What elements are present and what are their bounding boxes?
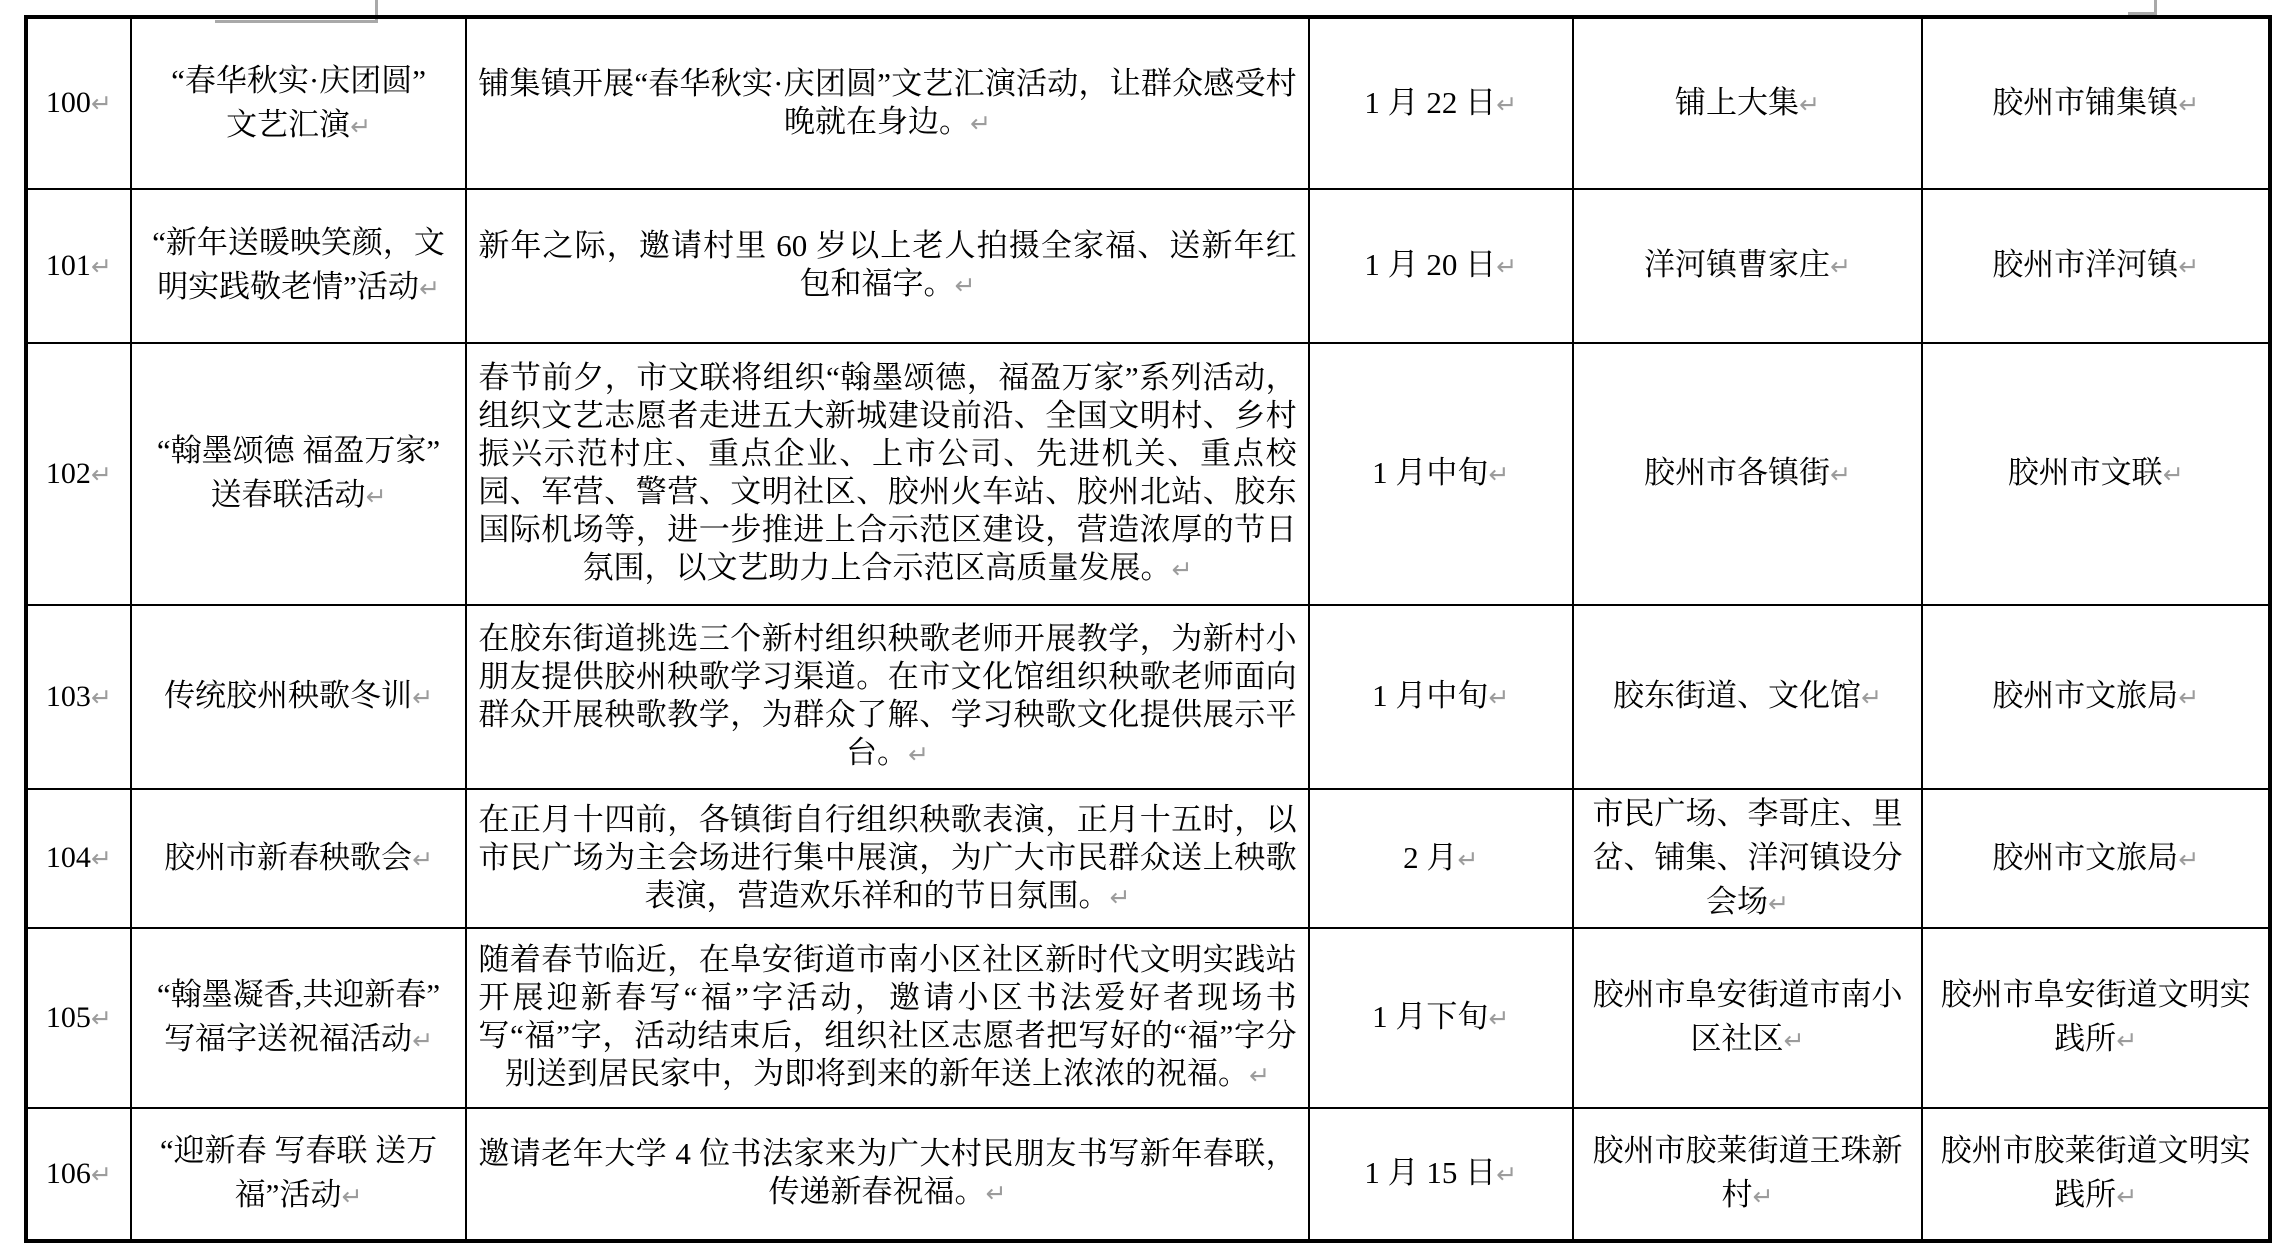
paragraph-return-mark: ↵: [1753, 1182, 1774, 1211]
row-number-cell: 101↵: [26, 189, 131, 343]
activity-date-cell: 2 月↵: [1309, 789, 1573, 928]
activity-date-cell-text: 1 月中旬: [1372, 455, 1488, 490]
activity-location-cell: 胶州市胶莱街道王珠新村↵: [1573, 1108, 1923, 1241]
activity-organizer-cell: 胶州市文联↵: [1922, 343, 2270, 605]
paragraph-return-mark: ↵: [1830, 252, 1851, 281]
row-number-cell: 100↵: [26, 17, 131, 189]
activity-location-cell: 胶东街道、文化馆↵: [1573, 605, 1923, 789]
paragraph-return-mark: ↵: [2116, 1182, 2137, 1211]
cutoff-return-mark-right: [2128, 0, 2157, 15]
paragraph-return-mark: ↵: [1768, 889, 1789, 918]
paragraph-return-mark: ↵: [970, 109, 991, 138]
activity-location-cell-text: 胶州市胶莱街道王珠新村: [1593, 1133, 1903, 1212]
row-number-cell-text: 100: [46, 86, 91, 119]
row-number-cell: 105↵: [26, 928, 131, 1108]
activity-organizer-cell: 胶州市阜安街道文明实践所↵: [1922, 928, 2270, 1108]
activity-name-cell-text: “新年送暖映笑颜，文 明实践敬老情”活动: [152, 225, 445, 304]
row-number-cell-text: 101: [46, 249, 91, 282]
table-row: 103↵传统胶州秧歌冬训↵在胶东街道挑选三个新村组织秧歌老师开展教学，为新村小朋…: [26, 605, 2270, 789]
table-row: 101↵“新年送暖映笑颜，文 明实践敬老情”活动↵新年之际，邀请村里 60 岁以…: [26, 189, 2270, 343]
activity-name-cell: 传统胶州秧歌冬训↵: [131, 605, 467, 789]
paragraph-return-mark: ↵: [412, 1026, 433, 1055]
paragraph-return-mark: ↵: [412, 845, 433, 874]
paragraph-return-mark: ↵: [2178, 90, 2199, 119]
activity-name-cell: “翰墨凝香,共迎新春” 写福字送祝福活动↵: [131, 928, 467, 1108]
table-row: 102↵“翰墨颂德 福盈万家” 送春联活动↵春节前夕，市文联将组织“翰墨颂德，福…: [26, 343, 2270, 605]
activity-name-cell: “新年送暖映笑颜，文 明实践敬老情”活动↵: [131, 189, 467, 343]
activity-location-cell-text: 洋河镇曹家庄: [1644, 247, 1830, 282]
paragraph-return-mark: ↵: [91, 460, 112, 489]
paragraph-return-mark: ↵: [91, 844, 112, 873]
activity-description-cell: 在胶东街道挑选三个新村组织秧歌老师开展教学，为新村小朋友提供胶州秧歌学习渠道。在…: [466, 605, 1308, 789]
activity-location-cell: 胶州市各镇街↵: [1573, 343, 1923, 605]
activity-name-cell: “春华秋实·庆团圆” 文艺汇演↵: [131, 17, 467, 189]
row-number-cell-text: 102: [46, 457, 91, 490]
activity-date-cell-text: 2 月: [1403, 840, 1457, 875]
activity-description-cell-text: 在胶东街道挑选三个新村组织秧歌老师开展教学，为新村小朋友提供胶州秧歌学习渠道。在…: [478, 621, 1296, 770]
activity-name-cell: “迎新春 写春联 送万 福”活动↵: [131, 1108, 467, 1241]
row-number-cell: 106↵: [26, 1108, 131, 1241]
activity-organizer-cell-text: 胶州市文旅局: [1992, 678, 2178, 713]
paragraph-return-mark: ↵: [2116, 1026, 2137, 1055]
paragraph-return-mark: ↵: [1488, 460, 1509, 489]
paragraph-return-mark: ↵: [1496, 1160, 1517, 1189]
activity-name-cell-text: 传统胶州秧歌冬训: [164, 678, 412, 713]
paragraph-return-mark: ↵: [91, 89, 112, 118]
paragraph-return-mark: ↵: [1457, 845, 1478, 874]
activity-name-cell-text: “春华秋实·庆团圆” 文艺汇演: [171, 63, 426, 142]
activity-location-cell-text: 胶州市各镇街: [1644, 455, 1830, 490]
activity-organizer-cell: 胶州市胶莱街道文明实践所↵: [1922, 1108, 2270, 1241]
activity-description-cell-text: 春节前夕，市文联将组织“翰墨颂德，福盈万家”系列活动，组织文艺志愿者走进五大新城…: [478, 360, 1296, 585]
row-number-cell-text: 103: [46, 680, 91, 713]
activity-name-cell: “翰墨颂德 福盈万家” 送春联活动↵: [131, 343, 467, 605]
paragraph-return-mark: ↵: [1784, 1026, 1805, 1055]
activity-description-cell-text: 随着春节临近，在阜安街道市南小区社区新时代文明实践站开展迎新春写“福”字活动，邀…: [478, 942, 1296, 1091]
paragraph-return-mark: ↵: [1830, 460, 1851, 489]
document-page: 100↵“春华秋实·庆团圆” 文艺汇演↵铺集镇开展“春华秋实·庆团圆”文艺汇演活…: [0, 0, 2281, 1258]
paragraph-return-mark: ↵: [1249, 1061, 1270, 1090]
paragraph-return-mark: ↵: [908, 740, 929, 769]
activity-location-cell: 胶州市阜安街道市南小区社区↵: [1573, 928, 1923, 1108]
table-row: 105↵“翰墨凝香,共迎新春” 写福字送祝福活动↵随着春节临近，在阜安街道市南小…: [26, 928, 2270, 1108]
paragraph-return-mark: ↵: [1488, 683, 1509, 712]
row-number-cell-text: 106: [46, 1157, 91, 1190]
paragraph-return-mark: ↵: [341, 1182, 362, 1211]
paragraph-return-mark: ↵: [1799, 90, 1820, 119]
activity-organizer-cell-text: 胶州市文旅局: [1992, 840, 2178, 875]
activity-date-cell: 1 月 20 日↵: [1309, 189, 1573, 343]
activity-description-cell: 铺集镇开展“春华秋实·庆团圆”文艺汇演活动，让群众感受村晚就在身边。↵: [466, 17, 1308, 189]
activity-organizer-cell-text: 胶州市胶莱街道文明实践所: [1941, 1133, 2251, 1212]
activity-date-cell-text: 1 月 15 日: [1364, 1155, 1496, 1190]
activity-description-cell: 在正月十四前，各镇街自行组织秧歌表演，正月十五时，以市民广场为主会场进行集中展演…: [466, 789, 1308, 928]
activity-location-cell-text: 市民广场、李哥庄、里岔、铺集、洋河镇设分会场: [1593, 796, 1903, 919]
paragraph-return-mark: ↵: [1172, 555, 1193, 584]
activity-description-cell: 春节前夕，市文联将组织“翰墨颂德，福盈万家”系列活动，组织文艺志愿者走进五大新城…: [466, 343, 1308, 605]
activity-organizer-cell-text: 胶州市铺集镇: [1992, 85, 2178, 120]
activity-organizer-cell: 胶州市文旅局↵: [1922, 605, 2270, 789]
activity-organizer-cell: 胶州市洋河镇↵: [1922, 189, 2270, 343]
paragraph-return-mark: ↵: [412, 683, 433, 712]
activity-description-cell-text: 邀请老年大学 4 位书法家来为广大村民朋友书写新年春联，传递新春祝福。: [478, 1136, 1296, 1209]
activity-date-cell-text: 1 月中旬: [1372, 678, 1488, 713]
activity-organizer-cell-text: 胶州市文联: [2008, 455, 2163, 490]
activity-date-cell-text: 1 月下旬: [1372, 999, 1488, 1034]
activity-organizer-cell: 胶州市文旅局↵: [1922, 789, 2270, 928]
row-number-cell: 104↵: [26, 789, 131, 928]
paragraph-return-mark: ↵: [91, 683, 112, 712]
row-number-cell-text: 104: [46, 841, 91, 874]
activities-table-body: 100↵“春华秋实·庆团圆” 文艺汇演↵铺集镇开展“春华秋实·庆团圆”文艺汇演活…: [26, 17, 2270, 1241]
activity-name-cell-text: 胶州市新春秧歌会: [164, 840, 412, 875]
paragraph-return-mark: ↵: [1861, 683, 1882, 712]
paragraph-return-mark: ↵: [2178, 683, 2199, 712]
paragraph-return-mark: ↵: [955, 271, 976, 300]
activity-description-cell: 邀请老年大学 4 位书法家来为广大村民朋友书写新年春联，传递新春祝福。↵: [466, 1108, 1308, 1241]
paragraph-return-mark: ↵: [91, 252, 112, 281]
activity-description-cell-text: 新年之际，邀请村里 60 岁以上老人拍摄全家福、送新年红包和福字。: [478, 228, 1296, 301]
paragraph-return-mark: ↵: [366, 482, 387, 511]
activity-date-cell-text: 1 月 20 日: [1364, 247, 1496, 282]
paragraph-return-mark: ↵: [2178, 845, 2199, 874]
activity-date-cell: 1 月中旬↵: [1309, 343, 1573, 605]
activity-location-cell: 洋河镇曹家庄↵: [1573, 189, 1923, 343]
activities-table: 100↵“春华秋实·庆团圆” 文艺汇演↵铺集镇开展“春华秋实·庆团圆”文艺汇演活…: [24, 15, 2272, 1243]
activity-date-cell: 1 月中旬↵: [1309, 605, 1573, 789]
activity-name-cell-text: “翰墨凝香,共迎新春” 写福字送祝福活动: [157, 977, 440, 1056]
paragraph-return-mark: ↵: [1488, 1004, 1509, 1033]
paragraph-return-mark: ↵: [91, 1004, 112, 1033]
paragraph-return-mark: ↵: [91, 1160, 112, 1189]
row-number-cell: 103↵: [26, 605, 131, 789]
activity-date-cell-text: 1 月 22 日: [1364, 85, 1496, 120]
paragraph-return-mark: ↵: [350, 112, 371, 141]
paragraph-return-mark: ↵: [2163, 460, 2184, 489]
activity-description-cell-text: 铺集镇开展“春华秋实·庆团圆”文艺汇演活动，让群众感受村晚就在身边。: [478, 66, 1296, 139]
table-row: 104↵胶州市新春秧歌会↵在正月十四前，各镇街自行组织秧歌表演，正月十五时，以市…: [26, 789, 2270, 928]
paragraph-return-mark: ↵: [1496, 90, 1517, 119]
activity-description-cell: 随着春节临近，在阜安街道市南小区社区新时代文明实践站开展迎新春写“福”字活动，邀…: [466, 928, 1308, 1108]
paragraph-return-mark: ↵: [986, 1179, 1007, 1208]
activity-name-cell: 胶州市新春秧歌会↵: [131, 789, 467, 928]
activity-location-cell-text: 铺上大集: [1675, 85, 1799, 120]
activity-date-cell: 1 月 22 日↵: [1309, 17, 1573, 189]
row-number-cell-text: 105: [46, 1001, 91, 1034]
activity-organizer-cell-text: 胶州市阜安街道文明实践所: [1941, 977, 2251, 1056]
paragraph-return-mark: ↵: [419, 274, 440, 303]
activity-organizer-cell-text: 胶州市洋河镇: [1992, 247, 2178, 282]
activity-location-cell-text: 胶东街道、文化馆: [1613, 678, 1861, 713]
row-number-cell: 102↵: [26, 343, 131, 605]
table-row: 106↵“迎新春 写春联 送万 福”活动↵邀请老年大学 4 位书法家来为广大村民…: [26, 1108, 2270, 1241]
activity-location-cell: 铺上大集↵: [1573, 17, 1923, 189]
activity-location-cell: 市民广场、李哥庄、里岔、铺集、洋河镇设分会场↵: [1573, 789, 1923, 928]
paragraph-return-mark: ↵: [1110, 883, 1131, 912]
activity-name-cell-text: “迎新春 写春联 送万 福”活动: [160, 1133, 437, 1212]
activity-description-cell-text: 在正月十四前，各镇街自行组织秧歌表演，正月十五时，以市民广场为主会场进行集中展演…: [478, 802, 1296, 913]
activity-name-cell-text: “翰墨颂德 福盈万家” 送春联活动: [157, 433, 440, 512]
table-row: 100↵“春华秋实·庆团圆” 文艺汇演↵铺集镇开展“春华秋实·庆团圆”文艺汇演活…: [26, 17, 2270, 189]
activity-description-cell: 新年之际，邀请村里 60 岁以上老人拍摄全家福、送新年红包和福字。↵: [466, 189, 1308, 343]
activity-organizer-cell: 胶州市铺集镇↵: [1922, 17, 2270, 189]
activity-date-cell: 1 月 15 日↵: [1309, 1108, 1573, 1241]
activity-location-cell-text: 胶州市阜安街道市南小区社区: [1593, 977, 1903, 1056]
paragraph-return-mark: ↵: [1496, 252, 1517, 281]
activity-date-cell: 1 月下旬↵: [1309, 928, 1573, 1108]
paragraph-return-mark: ↵: [2178, 252, 2199, 281]
